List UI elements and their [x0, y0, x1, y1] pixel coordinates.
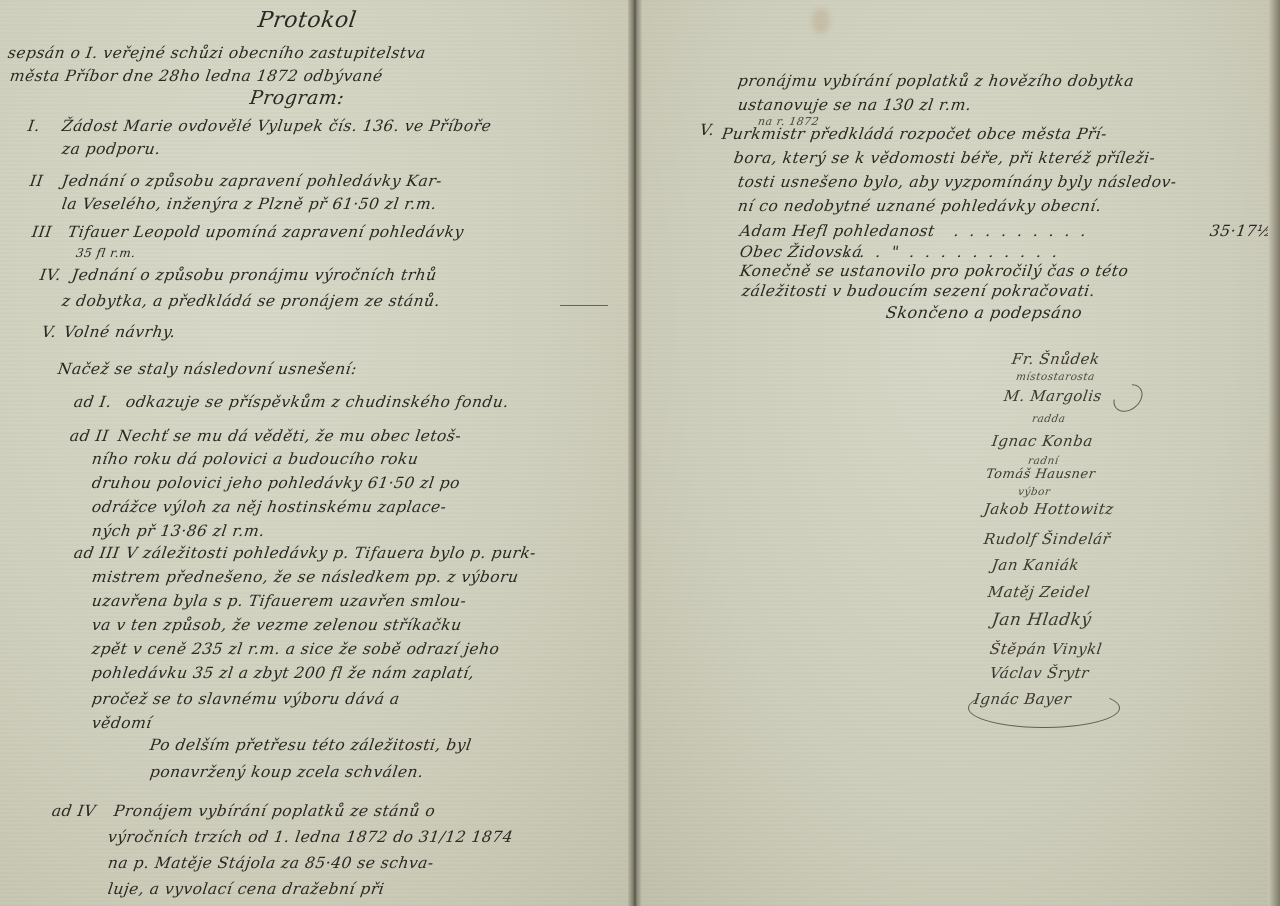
resolution-line: mistrem přednešeno, že se následkem pp. …	[91, 568, 520, 586]
closing-line: záležitosti v budoucím sezení pokračovat…	[741, 282, 1097, 300]
left-page: Protokol sepsán o I. veřejné schůzi obec…	[0, 0, 634, 906]
program-item-line: Jednání o způsobu zapravení pohledávky K…	[61, 172, 443, 190]
program-item-line: Žádost Marie ovdovělé Vylupek čís. 136. …	[61, 117, 493, 135]
signature-role: radda	[1031, 413, 1066, 425]
signature-name: Ignac Konba	[991, 432, 1094, 450]
resolution-line: Po delším přetřesu této záležitosti, byl	[149, 736, 473, 754]
resolution-ref: ad IV	[51, 802, 97, 820]
continuation-line: pronájmu vybírání poplatků z hovězího do…	[737, 72, 1136, 90]
program-item-line: za podporu.	[61, 140, 162, 158]
program-item-num: IV.	[39, 266, 63, 284]
resolutions-intro: Načež se staly následovní usnešení:	[57, 360, 358, 378]
resolution-line: ního roku dá polovici a budoucího roku	[91, 450, 420, 468]
program-item-line: z dobytka, a předkládá se pronájem ze st…	[61, 292, 442, 310]
resolution-ref: ad III	[73, 544, 121, 562]
signature-name: Jan Kaniák	[991, 556, 1081, 574]
resolution-line: luje, a vyvolací cena dražební při	[107, 880, 386, 898]
resolution-line: výročních trzích od 1. ledna 1872 do 31/…	[107, 828, 515, 846]
binding-gutter	[628, 0, 642, 906]
resolution-line: ných př 13·86 zl r.m.	[91, 522, 266, 540]
paper-stain	[812, 8, 830, 34]
resolution-line: Nechť se mu dá věděti, že mu obec letoš-	[117, 427, 463, 445]
program-item-line: Volné návrhy.	[63, 323, 177, 341]
signature-flourish	[1108, 379, 1148, 418]
closing-formula: Skončeno a podepsáno	[885, 303, 1084, 322]
resolution-line: V záležitosti pohledávky p. Tifauera byl…	[125, 544, 537, 562]
resolution-line: zpět v ceně 235 zl r.m. a sice že sobě o…	[91, 640, 501, 658]
signature-name: Jan Hladký	[991, 610, 1093, 630]
item-v-line: tosti usnešeno bylo, aby vyzpomínány byl…	[737, 173, 1178, 191]
signature-name: Tomáš Hausner	[985, 467, 1096, 482]
line-end-stroke	[560, 305, 608, 306]
signature-name: Rudolf Šindelář	[983, 530, 1112, 548]
resolution-line: Pronájem vybírání poplatků ze stánů o	[113, 802, 437, 820]
signature-name: Václav Šrytr	[989, 664, 1090, 682]
resolution-ref: ad I.	[73, 393, 113, 411]
item-v-num: V.	[699, 121, 716, 139]
signature-name: Fr. Šnůdek	[1011, 350, 1101, 368]
signature-name: Jakob Hottowitz	[983, 500, 1115, 518]
resolution-line: vědomí	[91, 714, 153, 732]
claim-dots: . . . " . . . . . . . . . .	[843, 243, 1062, 261]
signature-name: Štěpán Vinykl	[989, 640, 1104, 658]
signature-role: radní	[1027, 455, 1059, 467]
claim-name: Adam Hefl pohledanost	[739, 222, 936, 240]
closing-line: Konečně se ustanovilo pro pokročilý čas …	[739, 262, 1130, 280]
item-v-line: bora, který se k vědomosti béře, při kte…	[733, 149, 1157, 167]
resolution-line: odrážce výloh za něj hostinskému zaplace…	[91, 498, 448, 516]
right-page: pronájmu vybírání poplatků z hovězího do…	[634, 0, 1280, 906]
resolution-line: na p. Matěje Stájola za 85·40 se schva-	[107, 854, 435, 872]
item-v-line: Purkmistr předkládá rozpočet obce města …	[721, 125, 1108, 143]
program-item-num: I.	[27, 117, 42, 135]
resolution-line: uzavřena byla s p. Tifauerem uzavřen sml…	[91, 592, 468, 610]
claim-dots: . . . . . . . . .	[953, 222, 1090, 240]
program-item-num: II	[29, 172, 45, 190]
signature-role: místostarosta	[1015, 371, 1096, 383]
resolution-line: ponavržený koup zcela schválen.	[149, 763, 425, 781]
program-item-line: Jednání o způsobu pronájmu výročních trh…	[71, 266, 438, 284]
signature-flourish	[968, 688, 1120, 728]
program-item-line: la Veselého, inženýra z Plzně př 61·50 z…	[61, 195, 438, 213]
resolution-line: pohledávku 35 zl a zbyt 200 fl že nám za…	[91, 664, 476, 682]
program-item-num: III	[31, 223, 53, 241]
resolution-ref: ad II	[69, 427, 110, 445]
continuation-line: ustanovuje se na 130 zl r.m.	[737, 96, 973, 114]
heading-line: města Příbor dne 28ho ledna 1872 odbývan…	[9, 67, 384, 85]
page-edge	[1268, 0, 1280, 906]
resolution-line: pročež se to slavnému výboru dává a	[91, 690, 401, 708]
signature-name: M. Margolis	[1003, 387, 1103, 405]
program-item-line: 35 fl r.m.	[75, 246, 137, 260]
resolution-line: va v ten způsob, že vezme zelenou stříka…	[91, 616, 463, 634]
heading-line: sepsán o I. veřejné schůzi obecního zast…	[7, 44, 427, 62]
ledger-spread: Protokol sepsán o I. veřejné schůzi obec…	[0, 0, 1280, 906]
program-title: Program:	[248, 87, 345, 109]
item-v-line: ní co nedobytné uznané pohledávky obecní…	[737, 197, 1103, 215]
signature-name: Matěj Zeidel	[987, 583, 1092, 601]
resolution-line: odkazuje se příspěvkům z chudinského fon…	[125, 393, 510, 411]
claim-amount: 35·17½	[1209, 222, 1274, 240]
program-item-line: Tifauer Leopold upomíná zapravení pohled…	[67, 223, 465, 241]
signature-role: výbor	[1017, 486, 1051, 498]
program-item-num: V.	[41, 323, 58, 341]
page-title: Protokol	[256, 8, 358, 33]
resolution-line: druhou polovici jeho pohledávky 61·50 zl…	[91, 474, 462, 492]
